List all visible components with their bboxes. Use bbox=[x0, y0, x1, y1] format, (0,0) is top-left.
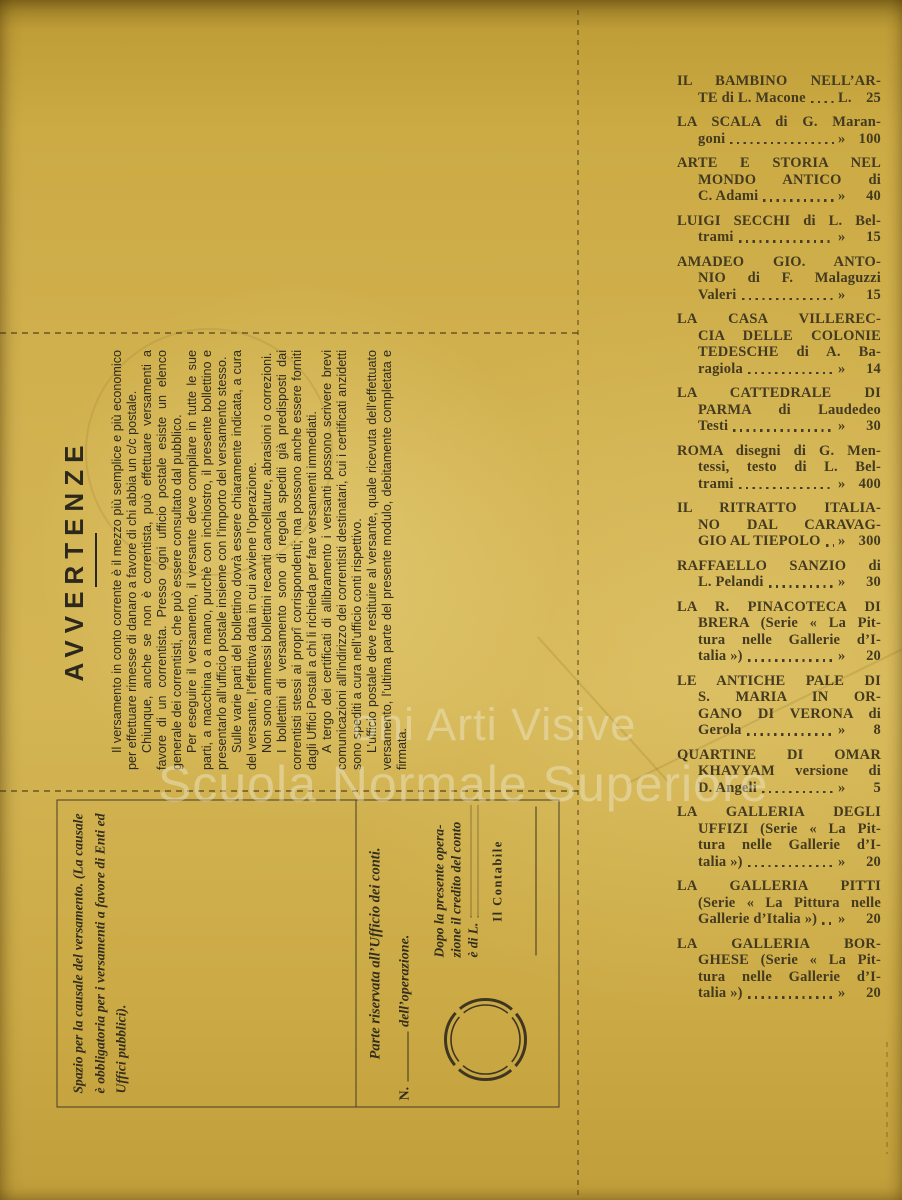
dotted-leader bbox=[748, 372, 834, 374]
causale-compartment: Spazio per la causale del versamento. (L… bbox=[58, 801, 357, 1107]
catalog-line: IL RITRATTO ITALIA- bbox=[677, 500, 881, 517]
avvertenze-title: AVVERTENZE bbox=[59, 350, 90, 770]
catalog-line: C. Adami bbox=[698, 188, 758, 205]
dotted-leader bbox=[748, 996, 834, 998]
price-value: 25 bbox=[855, 90, 881, 107]
dotted-leader bbox=[763, 199, 834, 201]
catalog-line: goni bbox=[698, 131, 725, 148]
catalog-price-line: D. Angeli»5 bbox=[677, 780, 881, 797]
catalog-line: PARMA di Laudedeo bbox=[677, 402, 881, 419]
catalog-item: LE ANTICHE PALE DIS. MARIA IN OR-GANO DI… bbox=[677, 673, 881, 739]
catalog-item: LA GALLERIA DEGLIUFFIZI (Serie « La Pit-… bbox=[677, 804, 881, 870]
paper-crease bbox=[537, 636, 669, 782]
catalog-line: LA R. PINACOTECA DI bbox=[677, 599, 881, 616]
stamp-circle-icon bbox=[442, 996, 530, 1084]
currency-symbol: » bbox=[838, 985, 855, 1002]
catalog-line: Gallerie d’Italia ») bbox=[698, 911, 817, 928]
catalog-line: LA GALLERIA BOR- bbox=[677, 936, 881, 953]
title-rule bbox=[95, 533, 97, 587]
catalog-line: LE ANTICHE PALE DI bbox=[677, 673, 881, 690]
currency-symbol: » bbox=[838, 131, 855, 148]
catalog-price-line: TE di L. MaconeL.25 bbox=[677, 90, 881, 107]
catalog-line: tura nelle Gallerie d’I- bbox=[677, 632, 881, 649]
catalog-line: L. Pelandi bbox=[698, 574, 764, 591]
catalog-price-line: C. Adami»40 bbox=[677, 188, 881, 205]
currency-symbol: » bbox=[838, 911, 855, 928]
avvertenze-paragraph: I bollettini di versamento sono di regol… bbox=[275, 350, 320, 770]
office-reserved-label: Parte riservata all’Ufficio dei conti. bbox=[368, 801, 385, 1107]
currency-symbol: » bbox=[838, 287, 855, 304]
dotted-leader bbox=[822, 922, 834, 924]
catalog-price-line: Testi»30 bbox=[677, 418, 881, 435]
catalog-line: talia ») bbox=[698, 648, 743, 665]
catalog-price-line: talia »)»20 bbox=[677, 985, 881, 1002]
avvertenze-paragraph: L’ufficio postale deve restituire al ver… bbox=[365, 350, 410, 770]
catalog-price-line: goni»100 bbox=[677, 131, 881, 148]
price-value: 400 bbox=[855, 476, 881, 493]
currency-symbol: » bbox=[838, 574, 855, 591]
catalog-line: CIA DELLE COLONIE bbox=[677, 328, 881, 345]
catalog-item: LA GALLERIA PITTI(Serie « La Pittura nel… bbox=[677, 878, 881, 928]
vertical-fold-line-right bbox=[886, 1042, 888, 1154]
catalog-line: LUIGI SECCHI di L. Bel- bbox=[677, 213, 881, 230]
catalog-price-line: trami»400 bbox=[677, 476, 881, 493]
credit-statement: Dopo la presente opera- zione il credito… bbox=[431, 805, 482, 958]
operation-number-blank bbox=[408, 1032, 409, 1082]
catalog-list: IL BAMBINO NELL’AR-TE di L. MaconeL.25LA… bbox=[677, 73, 881, 1010]
dotted-leader bbox=[826, 544, 834, 546]
currency-symbol: » bbox=[838, 533, 855, 550]
catalog-line: D. Angeli bbox=[698, 780, 757, 797]
catalog-item: AMADEO GIO. ANTO-NIO di F. MalaguzziVale… bbox=[677, 254, 881, 304]
price-value: 40 bbox=[855, 188, 881, 205]
avvertenze-paragraph: Il versamento in conto corrente è il mez… bbox=[110, 350, 140, 770]
dotted-leader bbox=[748, 659, 834, 661]
horizontal-fold-line bbox=[0, 332, 578, 334]
horizontal-fold-line bbox=[0, 790, 578, 792]
currency-symbol: » bbox=[838, 722, 855, 739]
catalog-line: BRERA (Serie « La Pit- bbox=[677, 615, 881, 632]
catalog-price-line: Gallerie d’Italia »)»20 bbox=[677, 911, 881, 928]
catalog-item: IL RITRATTO ITALIA-NO DAL CARAVAG-GIO AL… bbox=[677, 500, 881, 550]
credit-line: Dopo la presente opera- bbox=[431, 805, 448, 958]
catalog-line: KHAYYAM versione di bbox=[677, 763, 881, 780]
dotted-leader bbox=[811, 101, 834, 103]
price-value: 5 bbox=[855, 780, 881, 797]
currency-symbol: L. bbox=[838, 90, 855, 107]
avvertenze-paragraph: A tergo dei certificati di allibramento … bbox=[320, 350, 365, 770]
avvertenze-paragraphs: Il versamento in conto corrente è il mez… bbox=[110, 350, 410, 770]
catalog-line: GANO DI VERONA di bbox=[677, 706, 881, 723]
credit-amount-row: è di L. bbox=[465, 805, 482, 958]
catalog-line: GIO AL TIEPOLO bbox=[698, 533, 821, 550]
price-value: 100 bbox=[855, 131, 881, 148]
vertical-fold-line bbox=[577, 10, 579, 1200]
avvertenze-section: AVVERTENZE Il versamento in conto corren… bbox=[55, 350, 525, 770]
currency-symbol: » bbox=[838, 648, 855, 665]
price-value: 20 bbox=[855, 911, 881, 928]
dotted-leader bbox=[739, 240, 834, 242]
price-value: 15 bbox=[855, 287, 881, 304]
catalog-line: ROMA disegni di G. Men- bbox=[677, 443, 881, 460]
catalog-price-line: GIO AL TIEPOLO»300 bbox=[677, 533, 881, 550]
price-value: 20 bbox=[855, 985, 881, 1002]
catalog-item: RAFFAELLO SANZIO diL. Pelandi»30 bbox=[677, 558, 881, 591]
dotted-leader bbox=[748, 865, 834, 867]
currency-symbol: » bbox=[838, 854, 855, 871]
credit-line: è di L. bbox=[465, 923, 482, 958]
currency-symbol: » bbox=[838, 418, 855, 435]
catalog-line: AMADEO GIO. ANTO- bbox=[677, 254, 881, 271]
catalog-line: ragiola bbox=[698, 361, 743, 378]
catalog-line: MONDO ANTICO di bbox=[677, 172, 881, 189]
catalog-line: (Serie « La Pittura nelle bbox=[677, 895, 881, 912]
currency-symbol: » bbox=[838, 361, 855, 378]
catalog-price-line: Gerola»8 bbox=[677, 722, 881, 739]
price-value: 300 bbox=[855, 533, 881, 550]
catalog-item: ROMA disegni di G. Men-tessi, testo di L… bbox=[677, 443, 881, 493]
currency-symbol: » bbox=[838, 229, 855, 246]
dotted-leader bbox=[733, 429, 834, 431]
catalog-item: LA R. PINACOTECA DIBRERA (Serie « La Pit… bbox=[677, 599, 881, 665]
catalog-item: LA CATTEDRALE DIPARMA di LaudedeoTesti»3… bbox=[677, 385, 881, 435]
dotted-leader bbox=[769, 585, 834, 587]
avvertenze-paragraph: Sulle varie parti del bollettino dovrà e… bbox=[230, 350, 260, 770]
price-value: 20 bbox=[855, 854, 881, 871]
dotted-leader bbox=[739, 487, 834, 489]
catalog-item: QUARTINE DI OMARKHAYYAM versione diD. An… bbox=[677, 747, 881, 797]
catalog-line: GHESE (Serie « La Pit- bbox=[677, 952, 881, 969]
avvertenze-paragraph: Chiunque, anche se non è correntista, pu… bbox=[140, 350, 185, 770]
currency-symbol: » bbox=[838, 476, 855, 493]
catalog-price-line: trami»15 bbox=[677, 229, 881, 246]
catalog-price-line: ragiola»14 bbox=[677, 361, 881, 378]
causale-caption: Spazio per la causale del versamento. (L… bbox=[68, 814, 133, 1094]
catalog-line: tura nelle Gallerie d’I- bbox=[677, 969, 881, 986]
catalog-line: TE di L. Macone bbox=[698, 90, 806, 107]
operation-number-row: N.dell’operazione. bbox=[398, 935, 414, 1101]
catalog-line: S. MARIA IN OR- bbox=[677, 689, 881, 706]
catalog-item: LA CASA VILLEREC-CIA DELLE COLONIETEDESC… bbox=[677, 311, 881, 377]
n-label: N. bbox=[398, 1087, 413, 1101]
currency-symbol: » bbox=[838, 780, 855, 797]
dotted-leader bbox=[730, 142, 834, 144]
catalog-line: tura nelle Gallerie d’I- bbox=[677, 837, 881, 854]
price-value: 30 bbox=[855, 574, 881, 591]
catalog-price-line: Valeri»15 bbox=[677, 287, 881, 304]
credit-line: zione il credito del conto bbox=[448, 805, 465, 958]
amount-dotted-leader bbox=[471, 806, 479, 918]
catalog-line: QUARTINE DI OMAR bbox=[677, 747, 881, 764]
office-compartment: Parte riservata all’Ufficio dei conti. N… bbox=[357, 801, 556, 1107]
catalog-line: LA CASA VILLEREC- bbox=[677, 311, 881, 328]
catalog-line: NIO di F. Malaguzzi bbox=[677, 270, 881, 287]
catalog-line: IL BAMBINO NELL’AR- bbox=[677, 73, 881, 90]
price-value: 14 bbox=[855, 361, 881, 378]
catalog-line: NO DAL CARAVAG- bbox=[677, 517, 881, 534]
catalog-line: LA GALLERIA PITTI bbox=[677, 878, 881, 895]
signature-line bbox=[536, 807, 537, 956]
catalog-line: trami bbox=[698, 476, 734, 493]
dotted-leader bbox=[762, 791, 834, 793]
scanned-postal-form-page: AVVERTENZE Il versamento in conto corren… bbox=[0, 0, 902, 1200]
catalog-price-line: talia »)»20 bbox=[677, 854, 881, 871]
catalog-line: UFFIZI (Serie « La Pit- bbox=[677, 821, 881, 838]
catalog-item: ARTE E STORIA NELMONDO ANTICO diC. Adami… bbox=[677, 155, 881, 205]
catalog-line: RAFFAELLO SANZIO di bbox=[677, 558, 881, 575]
catalog-line: LA GALLERIA DEGLI bbox=[677, 804, 881, 821]
price-value: 8 bbox=[855, 722, 881, 739]
currency-symbol: » bbox=[838, 188, 855, 205]
catalog-price-line: talia »)»20 bbox=[677, 648, 881, 665]
causale-and-office-box: Spazio per la causale del versamento. (L… bbox=[57, 800, 560, 1108]
price-value: 20 bbox=[855, 648, 881, 665]
price-value: 30 bbox=[855, 418, 881, 435]
catalog-line: LA CATTEDRALE DI bbox=[677, 385, 881, 402]
avvertenze-paragraph: Per eseguire il versamento, il versante … bbox=[185, 350, 230, 770]
catalog-item: IL BAMBINO NELL’AR-TE di L. MaconeL.25 bbox=[677, 73, 881, 106]
catalog-line: tessi, testo di L. Bel- bbox=[677, 459, 881, 476]
price-value: 15 bbox=[855, 229, 881, 246]
operation-label: dell’operazione. bbox=[398, 935, 413, 1027]
catalog-line: trami bbox=[698, 229, 734, 246]
dotted-leader bbox=[747, 733, 834, 735]
dotted-leader bbox=[742, 298, 834, 300]
catalog-item: LUIGI SECCHI di L. Bel-trami»15 bbox=[677, 213, 881, 246]
catalog-line: Valeri bbox=[698, 287, 737, 304]
catalog-line: LA SCALA di G. Maran- bbox=[677, 114, 881, 131]
catalog-line: Gerola bbox=[698, 722, 742, 739]
catalog-line: Testi bbox=[698, 418, 728, 435]
catalog-line: talia ») bbox=[698, 985, 743, 1002]
catalog-line: ARTE E STORIA NEL bbox=[677, 155, 881, 172]
catalog-price-line: L. Pelandi»30 bbox=[677, 574, 881, 591]
catalog-line: TEDESCHE di A. Ba- bbox=[677, 344, 881, 361]
catalog-item: LA SCALA di G. Maran-goni»100 bbox=[677, 114, 881, 147]
avvertenze-paragraph: Non sono ammessi bollettini recanti canc… bbox=[260, 350, 275, 770]
catalog-line: talia ») bbox=[698, 854, 743, 871]
catalog-item: LA GALLERIA BOR-GHESE (Serie « La Pit-tu… bbox=[677, 936, 881, 1002]
accountant-label: Il Contabile bbox=[491, 805, 506, 958]
